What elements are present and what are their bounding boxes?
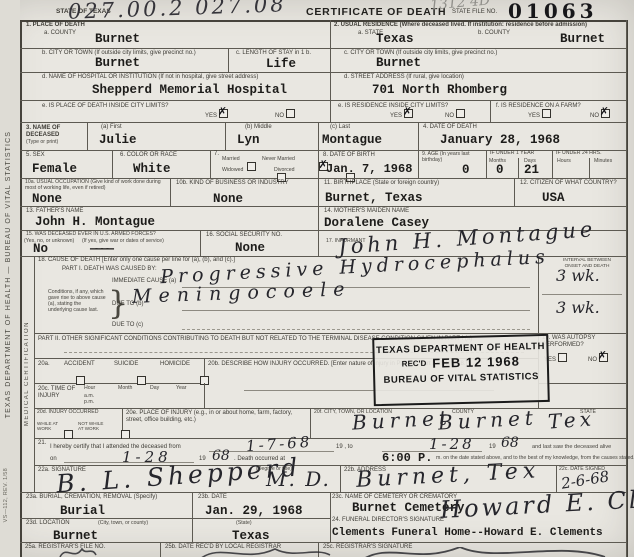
checkbox-farm-yes [542,109,551,118]
place-inside-limits-label: e. IS PLACE OF DEATH INSIDE CITY LIMITS? [42,103,168,110]
cell-occupation: 10a. USUAL OCCUPATION (Give kind of work… [20,178,171,207]
burial-date-value: Jan. 29, 1968 [205,504,303,518]
occupation-label: 10a. USUAL OCCUPATION (Give kind of work… [25,180,165,192]
cell-injury-occurred: 20d. INJURY OCCURRED WHILE AT WORK NOT W… [34,408,123,439]
minutes-label: Minutes [594,159,612,165]
stamp-date: FEB 12 1968 [432,354,520,371]
state-file-no-label: STATE FILE NO. [452,9,497,16]
hours-label: Hours [557,159,571,165]
checkbox-autopsy-yes [558,353,567,362]
cell-injury-type: 20a. ACCIDENT SUICIDE HOMICIDE [34,358,205,384]
residence-farm-yes: YES [528,109,551,119]
pm-label: p.m. [84,400,94,406]
autopsy-no: NO ✗ [588,353,608,363]
checkbox-farm-no: ✗ [601,109,610,118]
writing-line [182,329,530,330]
burial-location-sub: (City, town, or county) [98,521,148,527]
citizen-value: USA [542,191,565,205]
death-time-value: 6:00 P. [382,451,432,465]
residence-city-value: Burnet [376,56,421,70]
race-value: White [133,162,171,176]
cell-length-of-stay: c. LENGTH OF STAY in 1 b. Life [228,48,331,73]
interval-a-value: 3 wk. [556,266,600,285]
residence-farm-no: NO ✗ [590,109,610,119]
place-inside-no: NO [275,109,295,119]
partial-signature-strokes [40,547,620,557]
name-subtitle: (Type or print) [26,140,58,146]
date-of-death-label: 4. DATE OF DEATH [423,124,477,131]
last-name-label: (c) Last [330,124,350,131]
cell-burial-location: 23d. LOCATION (City, town, or county) Bu… [20,518,193,543]
marital-never-married: Never Married [262,157,295,163]
injury-d-label: 20d. INJURY OCCURRED [37,410,119,416]
age-label: 9. AGE (In years last birthday) [422,152,482,164]
armed-forces-dash: ———— [90,242,112,256]
certify-year2: 19 [489,444,496,451]
medical-certification-strip: MEDICAL CERTIFICATION [20,256,35,493]
sex-value: Female [32,162,77,176]
burial-state-value: Texas [232,529,270,543]
burial-state-sub: (State) [236,521,252,527]
cell-age: 9. AGE (In years last birthday) 0 [418,150,487,179]
medical-certification-vertical-text: MEDICAL CERTIFICATION [24,321,30,426]
citizen-label: 12. CITIZEN OF WHAT COUNTRY? [520,180,617,187]
suicide-label: SUICIDE [114,361,138,368]
ssn-label: 16. SOCIAL SECURITY NO. [206,232,282,239]
accident-label: ACCIDENT [64,361,95,368]
residence-state-value: Texas [376,32,414,46]
residence-county-value: Burnet [560,32,605,46]
cell-burial-date: 23b. DATE Jan. 29, 1968 [192,492,331,519]
cell-residence-inside-limits: e. IS RESIDENCE INSIDE CITY LIMITS? YES … [330,100,491,123]
day-label: Day [150,386,159,392]
checkbox-place-inside-no [286,109,295,118]
certify-on-label: on [50,456,57,463]
cause-part1-label: PART I. DEATH WAS CAUSED BY: [62,266,157,273]
residence-inside-no: NO [445,109,465,119]
homicide-label: HOMICIDE [160,361,190,368]
certify-year-to: 19 , to [336,444,353,451]
agency-vertical-margin: TEXAS DEPARTMENT OF HEALTH — BUREAU OF V… [1,60,16,490]
residence-street-label: d. STREET ADDRESS (If rural, give locati… [344,74,464,81]
industry-label: 10b. KIND OF BUSINESS OR INDUSTRY [176,180,314,187]
marital-label: 7. [214,151,219,158]
cell-sex: 5. SEX Female [20,150,113,179]
residence-street-value: 701 North Rhomberg [372,83,507,97]
residence-title: 2. USUAL RESIDENCE (Where deceased lived… [334,22,622,29]
cell-burial-type: 23a. BURIAL, CREMATION, REMOVAL (Specify… [20,492,193,519]
industry-value: None [213,192,243,206]
checkbox-residence-inside-no [456,109,465,118]
checkbox-married [247,162,256,171]
burial-city-value: Burnet [53,529,98,543]
cell-father-name: 13. FATHER'S NAME John H. Montague [20,206,319,231]
injury-c-label: 20c. TIME OF INJURY [38,386,80,400]
cell-race: 6. COLOR OR RACE White [112,150,211,179]
under-24-label: IF UNDER 24 HRS. [556,151,624,157]
cell-age-under-24: IF UNDER 24 HRS. Hours Minutes [552,150,627,179]
marital-widowed: Widowed [222,168,243,174]
ssn-value: None [235,241,265,255]
cell-autopsy: 19. WAS AUTOPSY PERFORMED? YES NO ✗ [538,333,627,384]
date-of-birth-value: Jan. 7, 1968 [326,162,412,176]
funeral-home-typed: Clements Funeral Home--Howard E. Clement… [332,527,603,539]
days-value: 21 [524,163,539,177]
age-value: 0 [462,163,470,177]
cell-name-last: (c) Last Montague [318,122,419,151]
father-name-value: John H. Montague [35,215,155,229]
autopsy-label: 19. WAS AUTOPSY PERFORMED? [542,335,620,349]
cell-name-first: (a) First Julie [87,122,226,151]
cell-date-of-death: 4. DATE OF DEATH January 28, 1968 [418,122,627,151]
cell-name-middle: (b) Middle Lyn [225,122,319,151]
certify-number: 21. [38,440,46,447]
first-name-label: (a) First [101,124,122,131]
mother-name-label: 14. MOTHER'S MAIDEN NAME [324,208,409,215]
cause-conditions-note: Conditions, if any, which gave rise to a… [48,290,106,314]
cell-blank-right [538,383,627,409]
cell-age-under-year: IF UNDER 1 YEAR Months Days 0 21 [486,150,553,179]
attended-to-date: 1-28 [429,435,475,453]
cell-armed-forces: 15. WAS DECEASED EVER IN U.S. ARMED FORC… [20,230,201,257]
injury-a-label: 20a. [38,361,50,368]
marital-married: Married [222,157,240,163]
degree-script: M. D. [266,467,331,491]
form-code-text: VS—112, REV. 1/58 [3,468,9,522]
cell-residence-street: d. STREET ADDRESS (If rural, give locati… [330,72,627,101]
certify-text-1b: and last saw the deceased alive [532,444,611,450]
cell-birthplace: 11. BIRTHPLACE (State or foreign country… [318,178,515,207]
hour-label: Hour [84,386,95,392]
burial-location-label: 23d. LOCATION [26,520,70,527]
cell-physician-address: 22b. ADDRESS Burnet, Tex [340,465,557,493]
cell-physician-signature: 22a. SIGNATURE B. L. Shepperd (Degree or… [34,465,341,493]
occupation-value: None [32,192,62,206]
birthplace-label: 11. BIRTHPLACE (State or foreign country… [324,180,439,187]
armed-forces-value: No [33,242,48,256]
name-title: 3. NAME OF DECEASED [26,125,84,139]
burial-type-label: 23a. BURIAL, CREMATION, REMOVAL (Specify… [26,494,188,501]
hospital-value: Shepperd Memorial Hospital [92,83,287,97]
agency-vertical-text: TEXAS DEPARTMENT OF HEALTH — BUREAU OF V… [5,131,12,418]
first-name-value: Julie [99,133,137,147]
divider [542,294,622,295]
checkbox-residence-inside-yes: ✗ [404,109,413,118]
date-of-death-value: January 28, 1968 [440,133,560,147]
checkbox-autopsy-no: ✗ [599,353,608,362]
stamp-recd-label: REC'D [402,359,427,369]
divider [518,158,519,178]
place-inside-yes: YES ✗ [205,109,228,119]
month-label: Month [118,386,132,392]
cell-cause-of-death: 18. CAUSE OF DEATH [Enter only one cause… [34,256,539,334]
place-of-death-title: 1. PLACE OF DEATH [26,22,85,29]
funeral-director-label: 24. FUNERAL DIRECTOR'S SIGNATURE [332,517,444,524]
months-value: 0 [496,163,504,177]
cell-hospital: d. NAME OF HOSPITAL OR INSTITUTION (If n… [20,72,331,101]
cell-injury-time: 20c. TIME OF INJURY Hour a.m. p.m. Month… [34,383,205,409]
form-code-margin: VS—112, REV. 1/58 [3,468,15,557]
cell-name-title: 3. NAME OF DECEASED (Type or print) [20,122,88,151]
cell-residence-city: c. CITY OR TOWN (If outside city limits,… [330,48,627,73]
cell-interval-column: INTERVAL BETWEEN ONSET AND DEATH 3 wk. 3… [538,256,627,334]
cell-burial-state: (State) Texas [192,518,331,543]
residence-inside-yes: YES ✗ [390,109,413,119]
marital-divorced: Divorced [274,168,294,174]
burial-type-value: Burial [60,504,105,518]
sex-label: 5. SEX [26,152,45,159]
cell-ssn: 16. SOCIAL SECURITY NO. None [200,230,319,257]
cell-residence-state-county: 2. USUAL RESIDENCE (Where deceased lived… [330,20,627,49]
county-value: Burnet [95,32,140,46]
injury-e-label: 20e. PLACE OF INJURY (e.g., in or about … [126,410,304,424]
armed-forces-sub1: (Yes, no, or unknown) [24,239,74,245]
burial-date-label: 23b. DATE [198,494,227,501]
race-label: 6. COLOR OR RACE [120,152,177,159]
not-while-at-work-label: NOT WHILE AT WORK [78,421,108,432]
residence-county-label: b. COUNTY [478,30,510,37]
county-label: a. COUNTY [44,30,76,37]
length-of-stay-value: Life [266,57,296,71]
while-at-work-label: WHILE AT WORK [37,421,65,432]
writing-line [182,310,530,311]
cell-citizen: 12. CITIZEN OF WHAT COUNTRY? USA [514,178,627,207]
under-year-label: IF UNDER 1 YEAR [490,151,550,157]
cell-place-of-death-county: 1. PLACE OF DEATH a. COUNTY Burnet [20,20,331,49]
cell-place-inside-limits: e. IS PLACE OF DEATH INSIDE CITY LIMITS?… [20,100,331,123]
date-of-birth-label: 8. DATE OF BIRTH [323,152,375,159]
interval-b-value: 3 wk. [556,298,600,317]
cell-marital-status: 7. Married Never Married ✗ Widowed Divor… [210,150,319,179]
attended-to-year: 68 [501,435,519,451]
received-stamp: TEXAS DEPARTMENT OF HEALTH REC'DFEB 12 1… [372,334,550,406]
middle-name-value: Lyn [237,133,260,147]
cell-industry: 10b. KIND OF BUSINESS OR INDUSTRY None [170,178,319,207]
middle-name-label: (b) Middle [245,124,272,131]
cell-date-of-birth: 8. DATE OF BIRTH Jan. 7, 1968 [318,150,419,179]
place-city-value: Burnet [95,56,140,70]
due-to-c-label: DUE TO (c) [112,322,143,329]
hospital-label: d. NAME OF HOSPITAL OR INSTITUTION (If n… [42,74,292,81]
injury-county-value: Burnet [437,405,538,434]
injury-state-value: Tex [547,406,595,433]
checkbox-place-inside-yes: ✗ [219,109,228,118]
birthplace-value: Burnet, Texas [325,191,423,205]
last-name-value: Montague [322,133,382,147]
year-label: Year [176,386,186,392]
cell-place-city: b. CITY OR TOWN (If outside city limits,… [20,48,229,73]
cell-residence-farm: f. IS RESIDENCE ON A FARM? YES NO ✗ [490,100,627,123]
divider [589,158,590,178]
document-title: CERTIFICATE OF DEATH [306,6,446,18]
mother-name-value: Doralene Casey [324,216,429,230]
death-certificate-scan: STATE OF TEXAS 027.00.2 027.08 CERTIFICA… [0,0,634,557]
